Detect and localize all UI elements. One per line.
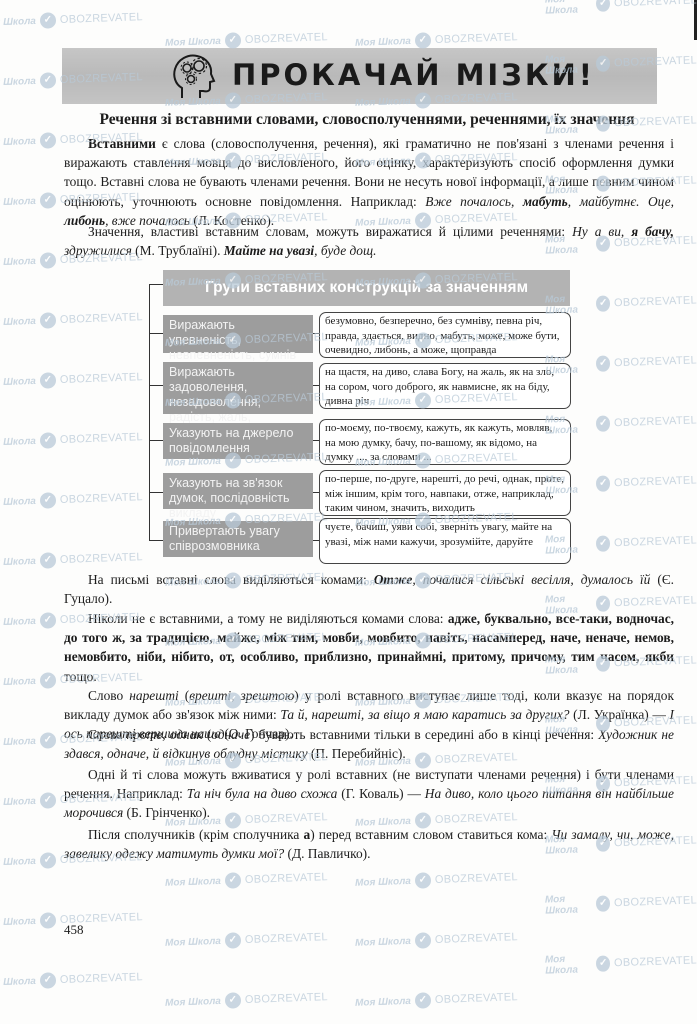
brand-logo-icon: ✓ <box>40 552 57 569</box>
diagram-category-1: Виражають упевненість, невпевненість, су… <box>163 315 313 353</box>
brand-logo-icon: ✓ <box>225 992 242 1009</box>
brand-logo-icon: ✓ <box>596 295 610 311</box>
brand-logo-icon: ✓ <box>596 895 610 911</box>
intro-paragraph-2: Значення, властиві вставним словам, можу… <box>64 222 674 260</box>
brand-logo-icon: ✓ <box>40 492 57 509</box>
brand-logo-icon: ✓ <box>40 972 57 989</box>
brand-logo-icon: ✓ <box>40 672 57 689</box>
brand-logo-icon: ✓ <box>225 32 242 49</box>
brand-logo-icon: ✓ <box>415 932 432 949</box>
diagram-category-4: Указують на зв'язок думок, послідовність… <box>163 473 313 509</box>
watermark: Моя Школа✓OBOZREVATEL <box>165 989 328 1011</box>
diagram-examples-2: на щастя, на диво, слава Богу, на жаль, … <box>319 363 571 409</box>
diagram-category-2: Виражають задоволення, незадоволення, ра… <box>163 362 313 414</box>
page-number: 458 <box>64 922 84 938</box>
diagram-title: Групи вставних конструкцій за значенням <box>163 270 570 306</box>
diagram-examples-1: безумовно, безперечно, без сумніву, певн… <box>319 312 571 358</box>
brand-logo-icon: ✓ <box>40 432 57 449</box>
watermark: Моя Школа✓OBOZREVATEL <box>0 429 143 451</box>
brand-logo-icon: ✓ <box>596 955 610 971</box>
diagram-category-3: Указують на джерело повідомлення <box>163 423 313 459</box>
watermark: Моя Школа✓OBOZREVATEL <box>0 9 143 31</box>
brand-logo-icon: ✓ <box>225 872 242 889</box>
body-paragraph-same-words: Одні й ті слова можуть вживатися у ролі … <box>64 765 674 823</box>
watermark: Моя Школа✓OBOZREVATEL <box>355 869 518 891</box>
brand-logo-icon: ✓ <box>40 12 57 29</box>
head-with-gears-icon <box>170 52 216 100</box>
body-paragraph-prote: Слова проте, однак (одначе) бувають вста… <box>64 725 674 763</box>
brand-logo-icon: ✓ <box>40 792 57 809</box>
brand-logo-icon: ✓ <box>40 732 57 749</box>
body-paragraph-never-insertion: Ніколи не є вставними, а тому не виділяю… <box>64 609 674 686</box>
watermark: Моя Школа✓OBOZREVATEL <box>355 989 518 1011</box>
section-title: Речення зі вставними словами, словосполу… <box>62 111 672 129</box>
intro-paragraph-1: Вставними є слова (словосполучення, рече… <box>64 134 674 230</box>
banner-title: ПРОКАЧАЙ МІЗКИ! <box>232 58 595 92</box>
watermark: Моя Школа✓OBOZREVATEL <box>0 369 143 391</box>
diagram-trunk-line <box>149 284 150 540</box>
watermark: Моя Школа✓OBOZREVATEL <box>355 929 518 951</box>
brand-logo-icon: ✓ <box>596 0 610 12</box>
watermark: Моя Школа✓OBOZREVATEL <box>165 929 328 951</box>
watermark: Моя Школа✓OBOZREVATEL <box>165 869 328 891</box>
banner: ПРОКАЧАЙ МІЗКИ! <box>62 48 657 104</box>
brand-logo-icon: ✓ <box>40 612 57 629</box>
brand-logo-icon: ✓ <box>40 312 57 329</box>
brand-logo-icon: ✓ <box>225 932 242 949</box>
brand-logo-icon: ✓ <box>596 475 610 491</box>
brand-logo-icon: ✓ <box>40 852 57 869</box>
watermark: Моя Школа✓OBOZREVATEL <box>0 309 143 331</box>
brand-logo-icon: ✓ <box>40 72 57 89</box>
brand-logo-icon: ✓ <box>596 415 610 431</box>
brand-logo-icon: ✓ <box>415 872 432 889</box>
brand-logo-icon: ✓ <box>40 372 57 389</box>
watermark: Моя Школа✓OBOZREVATEL <box>545 889 697 916</box>
brand-logo-icon: ✓ <box>415 32 432 49</box>
brand-logo-icon: ✓ <box>40 132 57 149</box>
watermark: Моя Школа✓OBOZREVATEL <box>0 549 143 571</box>
brand-logo-icon: ✓ <box>40 252 57 269</box>
body-paragraph-commas: На письмі вставні слова виділяються кома… <box>64 570 674 608</box>
watermark: Моя Школа✓OBOZREVATEL <box>0 489 143 511</box>
diagram-examples-4: по-перше, по-друге, нарешті, до речі, од… <box>319 470 571 516</box>
diagram-category-5: Привертають увагу співрозмовника <box>163 521 313 557</box>
brand-logo-icon: ✓ <box>415 992 432 1009</box>
diagram-examples-3: по-моєму, по-твоєму, кажуть, як кажуть, … <box>319 419 571 465</box>
brand-logo-icon: ✓ <box>596 355 610 371</box>
diagram-examples-5: чуєте, бачиш, уяви собі, зверніть увагу,… <box>319 518 571 564</box>
brand-logo-icon: ✓ <box>40 912 57 929</box>
watermark: Моя Школа✓OBOZREVATEL <box>0 969 143 991</box>
insertion-groups-diagram: Групи вставних конструкцій за значенням … <box>140 265 580 565</box>
watermark: Моя Школа✓OBOZREVATEL <box>545 949 697 976</box>
brand-logo-icon: ✓ <box>40 192 57 209</box>
body-paragraph-conjunctions: Після сполучників (крім сполучника а) пе… <box>64 825 674 863</box>
brand-logo-icon: ✓ <box>596 535 610 551</box>
watermark: Моя Школа✓OBOZREVATEL <box>545 0 697 17</box>
